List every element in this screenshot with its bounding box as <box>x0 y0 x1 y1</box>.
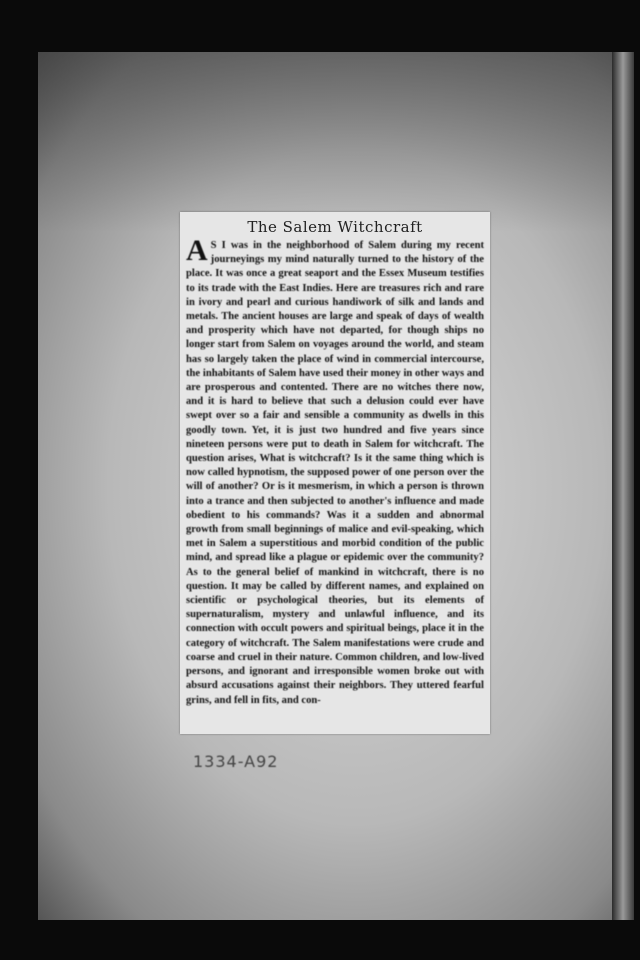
article-title: The Salem Witchcraft <box>186 218 484 236</box>
article-text: S I was in the neighborhood of Salem dur… <box>186 240 484 706</box>
book-spine <box>612 52 634 920</box>
drop-cap: A <box>186 239 208 263</box>
article-body: AS I was in the neighborhood of Salem du… <box>186 239 484 708</box>
catalog-number: 1334-A92 <box>193 752 278 771</box>
newspaper-clipping: The Salem Witchcraft AS I was in the nei… <box>180 212 490 734</box>
